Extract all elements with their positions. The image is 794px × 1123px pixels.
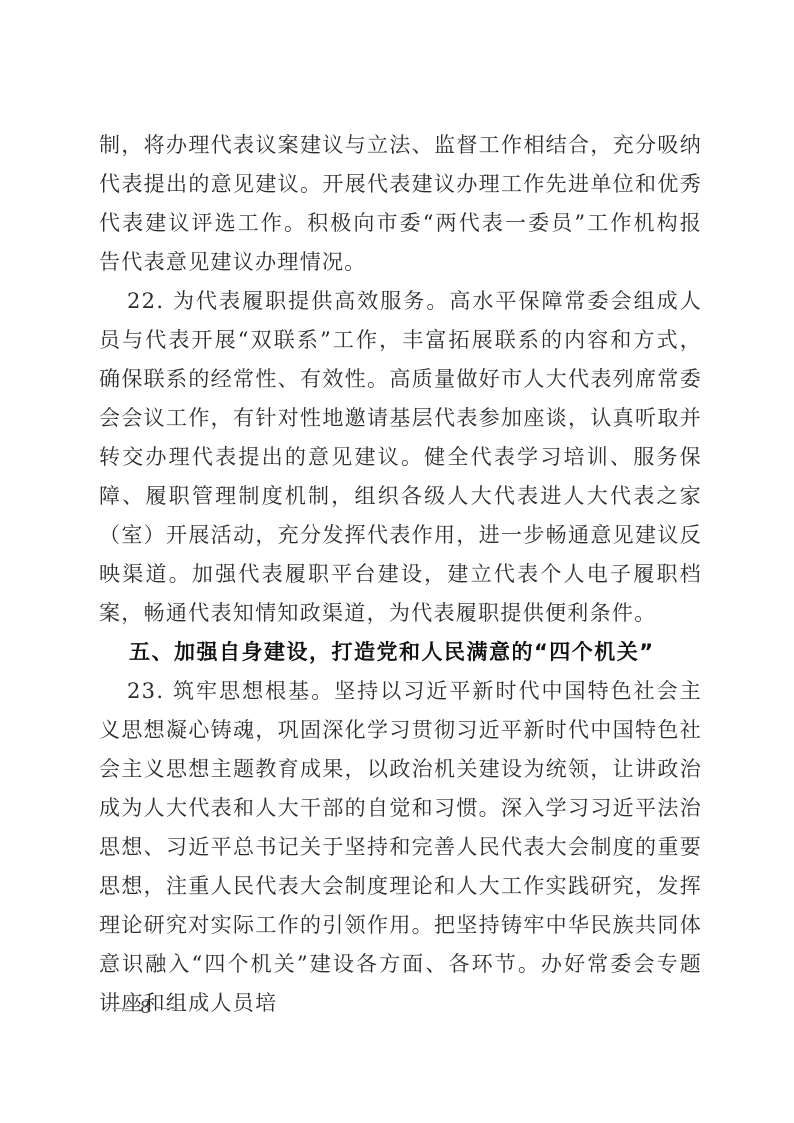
page-footer: — 8 —	[112, 997, 179, 1019]
page-number: 8	[140, 997, 151, 1019]
page-body: 制，将办理代表议案建议与立法、监督工作相结合，充分吸纳代表提出的意见建议。开展代…	[99, 126, 702, 1023]
document-page: 制，将办理代表议案建议与立法、监督工作相结合，充分吸纳代表提出的意见建议。开展代…	[0, 0, 794, 1123]
paragraph-item-22: 22. 为代表履职提供高效服务。高水平保障常委会组成人员与代表开展“双联系”工作…	[99, 282, 702, 633]
footer-dash-right: —	[162, 997, 179, 1019]
paragraph-item-23: 23. 筑牢思想根基。坚持以习近平新时代中国特色社会主义思想凝心铸魂，巩固深化学…	[99, 672, 702, 1023]
section-heading-five: 五、加强自身建设，打造党和人民满意的“四个机关”	[99, 633, 702, 672]
paragraph-continuation: 制，将办理代表议案建议与立法、监督工作相结合，充分吸纳代表提出的意见建议。开展代…	[99, 126, 702, 282]
footer-dash-left: —	[112, 997, 129, 1019]
